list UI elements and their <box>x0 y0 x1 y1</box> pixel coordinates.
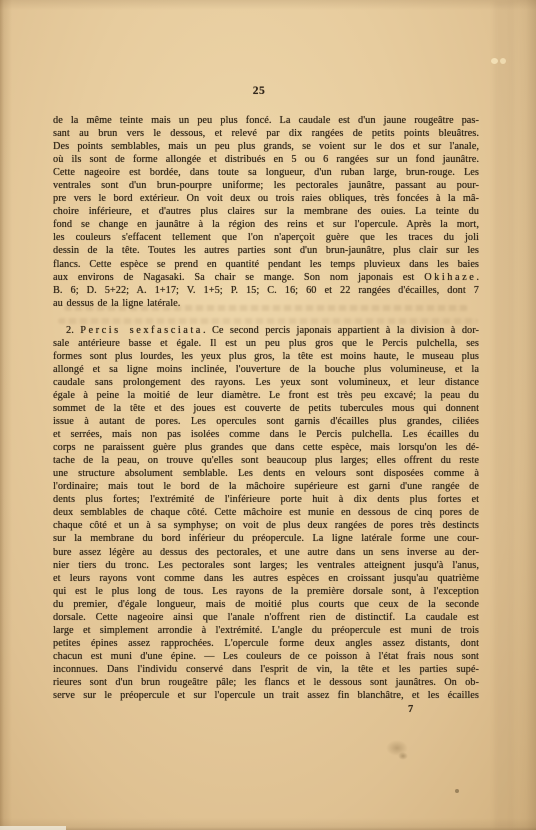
paper-stain <box>398 752 408 760</box>
text-line: de la même teinte mais un peu plus foncé… <box>53 114 479 127</box>
text-line: deux semblables de chaque côté. Cette mâ… <box>53 506 479 519</box>
text-segment: 2. <box>66 325 80 336</box>
text-line: formes sont plus lourdes, les yeux plus … <box>53 350 479 363</box>
text-line: chaque côté et un à sa symphyse; on voit… <box>53 519 479 532</box>
text-line: choire inférieure, et d'autres plus clai… <box>53 205 479 218</box>
species-name-emphasis: Okihaze <box>424 272 476 283</box>
page-number: 25 <box>53 85 465 97</box>
scanned-book-page: 25 de la même teinte mais un peu plus fo… <box>0 0 536 830</box>
paper-light-spot <box>500 58 506 64</box>
text-line: fond se change en jaunâtre à la région d… <box>53 218 479 231</box>
paragraph: 2. Percis sexfasciata. Ce second percis … <box>53 324 479 702</box>
body-text-block: de la même teinte mais un peu plus foncé… <box>53 114 479 702</box>
bleed-through-artifact <box>58 318 478 324</box>
text-line: inconnues. Dans l'individu conservé dans… <box>53 663 479 676</box>
text-line: Cette nageoire est bordée, dans toute sa… <box>53 166 479 179</box>
signature-mark: 7 <box>408 704 413 715</box>
bleed-through-artifact <box>64 305 468 311</box>
text-line: sommet de la tête et des joues est couve… <box>53 402 479 415</box>
text-line: B. 6; D. 5+22; A. 1+17; V. 1+5; P. 15; C… <box>53 284 479 297</box>
text-line: l'ordinaire; mais tout le bord de la mâc… <box>53 480 479 493</box>
text-line: nier tiers du tronc. Les pectorales sont… <box>53 559 479 572</box>
text-line: dessin de la tête. Toutes les autres par… <box>53 244 479 257</box>
text-line: dents plus fortes; l'extrémité de l'infé… <box>53 493 479 506</box>
scan-streak-artifact <box>494 0 514 830</box>
text-segment: aux environs de Nagasaki. Sa chair se ma… <box>53 272 424 283</box>
species-name-emphasis: Percis sexfasciata <box>80 325 203 336</box>
text-line: ventrales sont d'un brun-pourpre uniform… <box>53 179 479 192</box>
text-line: bure assez légère au dessus des pectoral… <box>53 546 479 559</box>
text-line: petites épines assez rapprochées. L'oper… <box>53 637 479 650</box>
text-segment: . <box>476 272 479 283</box>
text-line: où ils sont de forme allongée et distrib… <box>53 153 479 166</box>
text-line: sant au brun vers le dessous, et relevé … <box>53 127 479 140</box>
paper-light-spot <box>491 58 498 64</box>
text-line: sale antérieure basse et égale. Il est u… <box>53 337 479 350</box>
text-line: les couleurs s'effacent tellement que l'… <box>53 231 479 244</box>
text-line: aux environs de Nagasaki. Sa chair se ma… <box>53 271 479 284</box>
text-line: tache de la peau, on trouve qu'elles son… <box>53 454 479 467</box>
text-line: Des points semblables, mais un peu plus … <box>53 140 479 153</box>
text-line: égale à peine la moitié de leur diamètre… <box>53 389 479 402</box>
text-line: corps ne paraissent guère plus grandes q… <box>53 441 479 454</box>
text-line: large et simplement arrondie à l'extrémi… <box>53 624 479 637</box>
text-segment: . Ce second percis japonais appartient à… <box>203 325 479 336</box>
text-line: et serrées, mais non pas isolées comme d… <box>53 428 479 441</box>
text-line: du premier, d'égale longueur, mais de mo… <box>53 598 479 611</box>
text-line: dorsale. Cette nageoire ainsi que l'anal… <box>53 611 479 624</box>
paragraph: de la même teinte mais un peu plus foncé… <box>53 114 479 310</box>
text-line: issue à autant de pores. Les opercules s… <box>53 415 479 428</box>
text-line: et leurs rayons vont comme dans les autr… <box>53 572 479 585</box>
text-line: allongé et sa ligne moins inclinée, l'ou… <box>53 363 479 376</box>
text-line: pre vers le bord extérieur. On voit deux… <box>53 192 479 205</box>
text-line: rieures sont d'un brun rougeâtre pâle; l… <box>53 676 479 689</box>
text-line: une structure absolument semblable. Les … <box>53 467 479 480</box>
text-line: sur la membrane du bord inférieur du pré… <box>53 532 479 545</box>
ink-speck <box>455 789 459 793</box>
scan-edge-artifact <box>0 826 66 830</box>
text-line: flancs. Cette espèce se prend en quantit… <box>53 258 479 271</box>
text-line: 2. Percis sexfasciata. Ce second percis … <box>53 324 479 337</box>
text-line: qui est le plus long de tous. Les rayons… <box>53 585 479 598</box>
text-line: serve sur le préopercule et sur l'opercu… <box>53 689 479 702</box>
text-line: caudale sans prolongement des rayons. Le… <box>53 376 479 389</box>
text-line: chacun est muni d'une épine. — Les coule… <box>53 650 479 663</box>
